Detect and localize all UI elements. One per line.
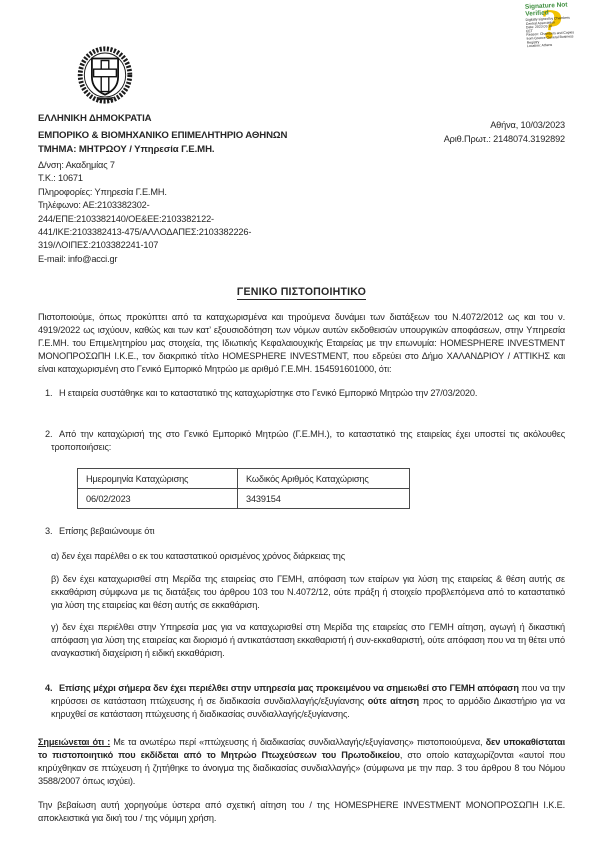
table-header-row: Ημερομηνία Καταχώρισης Κωδικός Αριθμός Κ… [78,469,410,489]
note-paragraph: Σημειώνεται ότι : Με τα ανωτέρω περί «πτ… [38,736,565,788]
postal-code-line: Τ.Κ.: 10671 [38,172,288,185]
signature-details: Digitally signed by Chambers Central Ass… [526,15,591,48]
phone-line: Τηλέφωνο: ΑΕ:2103382302- [38,199,288,212]
table-row: 06/02/2023 3439154 [78,489,410,509]
registration-date-cell: 06/02/2023 [78,489,238,509]
phone-line: 441/ΙΚΕ:2103382413-475/ΑΛΛΟΔΑΠΕΣ:2103382… [38,226,288,239]
note-regular-segment: Με τα ανωτέρω περί «πτώχευσης ή διαδικασ… [110,737,486,747]
date-protocol-block: Αθήνα, 10/03/2023 Αριθ.Πρωτ.: 2148074.31… [444,119,565,146]
signature-stamp[interactable]: ? Signature Not Verified Digitally signe… [525,0,592,53]
certificate-item-1: 1. Η εταιρεία συστάθηκε και το καταστατι… [38,387,565,400]
phone-line: 319/ΛΟΙΠΕΣ:2103382241-107 [38,239,288,252]
item-4-bold-segment: ούτε αίτηση [368,696,419,706]
item-1-text: Η εταιρεία συστάθηκε και το καταστατικό … [51,387,565,400]
item-3-sub-b: β) δεν έχει καταχωρισθεί στη Μερίδα της … [51,573,565,612]
item-number: 1. [45,387,52,400]
column-header-registration-code: Κωδικός Αριθμός Καταχώρισης [238,469,410,489]
modifications-table: Ημερομηνία Καταχώρισης Κωδικός Αριθμός Κ… [77,468,410,509]
item-3-lead: Επίσης βεβαιώνουμε ότι [51,525,565,538]
email-line: E-mail: info@acci.gr [38,253,288,266]
certificate-item-4: 4. Επίσης μέχρι σήμερα δεν έχει περιέλθε… [38,682,565,721]
certification-intro-paragraph: Πιστοποιούμε, όπως προκύπτει από τα κατα… [38,311,565,376]
certificate-item-2: 2. Από την καταχώρισή της στο Γενικό Εμπ… [38,428,565,454]
item-3-sub-a: α) δεν έχει παρέλθει ο εκ του καταστατικ… [51,550,565,563]
closing-paragraph: Την βεβαίωση αυτή χορηγούμε ύστερα από σ… [38,799,565,825]
column-header-registration-date: Ημερομηνία Καταχώρισης [78,469,238,489]
registration-code-cell: 3439154 [238,489,410,509]
document-title-wrap: ΓΕΝΙΚΟ ΠΙΣΤΟΠΟΙΗΤΙΚΟ [38,286,565,299]
item-4-bold-segment: Επίσης μέχρι σήμερα δεν έχει περιέλθει σ… [59,683,519,693]
protocol-number: Αριθ.Πρωτ.: 2148074.3192892 [444,133,565,147]
item-number: 3. [45,525,52,538]
note-lead: Σημειώνεται ότι : [38,737,110,747]
certificate-document-page: ? Signature Not Verified Digitally signe… [0,0,595,841]
item-number: 2. [45,428,52,441]
contact-info-block: Δ/νση: Ακαδημίας 7 Τ.Κ.: 10671 Πληροφορί… [38,159,288,266]
certificate-item-3: 3. Επίσης βεβαιώνουμε ότι [38,525,565,538]
document-title: ΓΕΝΙΚΟ ΠΙΣΤΟΠΟΙΗΤΙΚΟ [237,286,366,300]
greek-coat-of-arms-logo [68,44,142,106]
address-line: Δ/νση: Ακαδημίας 7 [38,159,288,172]
item-2-text: Από την καταχώρισή της στο Γενικό Εμπορι… [51,428,565,454]
item-3-sub-c: γ) δεν έχει περιέλθει στην Υπηρεσία μας … [51,621,565,660]
item-number: 4. [45,682,52,695]
city-date: Αθήνα, 10/03/2023 [444,119,565,133]
phone-line: 244/ΕΠΕ:2103382140/ΟΕ&ΕΕ:2103382122- [38,213,288,226]
information-line: Πληροφορίες: Υπηρεσία Γ.Ε.ΜΗ. [38,186,288,199]
item-4-text: Επίσης μέχρι σήμερα δεν έχει περιέλθει σ… [51,682,565,721]
